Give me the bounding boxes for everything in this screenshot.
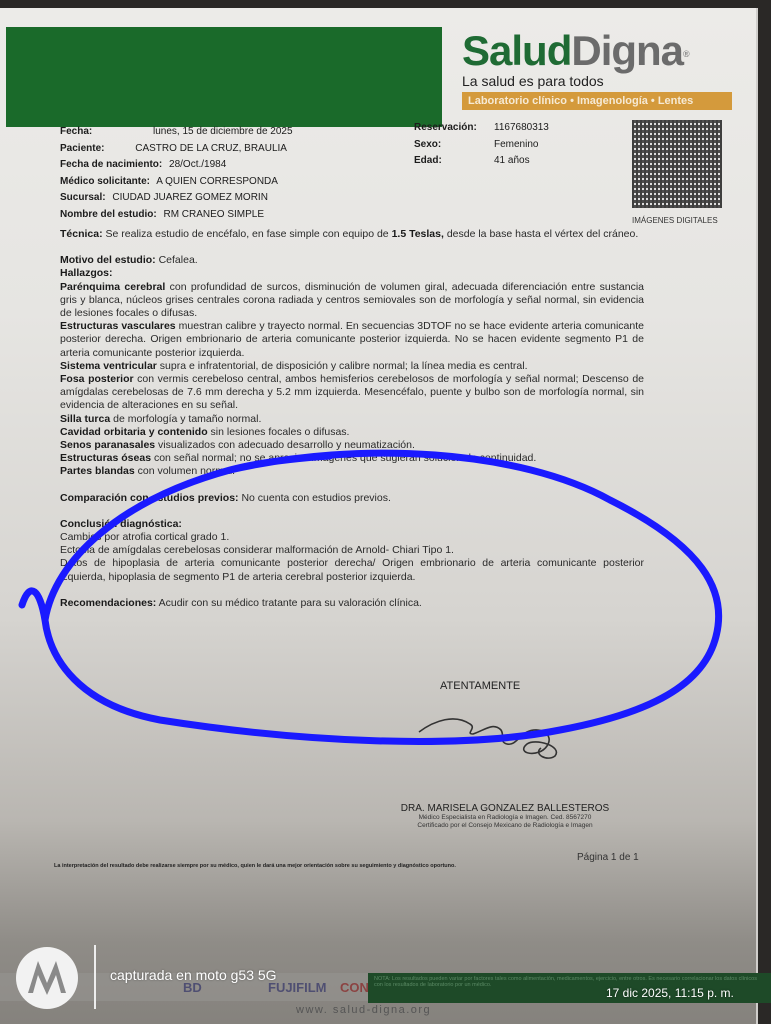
hallazgo-label: Sistema ventricular xyxy=(60,360,157,372)
left-row: Fecha: lunes, 15 de diciembre de 2025 xyxy=(60,126,293,143)
left-row: Fecha de nacimiento: 28/Oct./1984 xyxy=(60,159,293,176)
hallazgo-label: Partes blandas xyxy=(60,465,135,477)
left-label: Fecha de nacimiento: xyxy=(60,159,162,170)
tecnica-bold: 1.5 Teslas, xyxy=(392,228,444,240)
tecnica-text: Se realiza estudio de encéfalo, en fase … xyxy=(103,228,392,240)
qr-caption: IMÁGENES DIGITALES xyxy=(632,216,718,225)
left-value: A QUIEN CORRESPONDA xyxy=(156,176,278,187)
motivo-paragraph: Motivo del estudio: Cefalea. xyxy=(60,254,644,267)
hallazgo-label: Parénquima cerebral xyxy=(60,281,165,293)
left-row: Nombre del estudio: RM CRANEO SIMPLE xyxy=(60,209,293,226)
tecnica-label: Técnica: xyxy=(60,228,103,240)
hallazgo-text: de morfología y tamaño normal. xyxy=(110,413,261,425)
header-green-banner xyxy=(6,27,442,127)
brand-name-salud: Salud xyxy=(462,27,571,74)
motorola-logo xyxy=(16,947,78,1009)
doctor-certification: Certificado por el Consejo Mexicano de R… xyxy=(370,822,640,830)
signature-scribble xyxy=(415,712,575,762)
capture-timestamp: 17 dic 2025, 11:15 p. m. xyxy=(606,986,734,1000)
hallazgo-item: Estructuras óseas con señal normal; no s… xyxy=(60,452,644,465)
left-row: Médico solicitante: A QUIEN CORRESPONDA xyxy=(60,176,293,193)
logo-con: CON xyxy=(340,980,369,995)
hallazgo-label: Estructuras vasculares xyxy=(60,320,176,332)
hallazgo-label: Cavidad orbitaria y contenido xyxy=(60,426,208,438)
brand-services-band: Laboratorio clínico • Imagenología • Len… xyxy=(462,92,732,110)
left-label: Médico solicitante: xyxy=(60,176,150,187)
motivo-text: Cefalea. xyxy=(156,254,198,266)
left-value: lunes, 15 de diciembre de 2025 xyxy=(153,126,293,137)
motivo-label: Motivo del estudio: xyxy=(60,254,156,266)
right-value: Femenino xyxy=(494,139,538,150)
patient-info-left: Fecha: lunes, 15 de diciembre de 2025Pac… xyxy=(60,126,293,225)
recomendaciones-paragraph: Recomendaciones: Acudir con su médico tr… xyxy=(60,597,644,610)
left-row: Sucursal: CIUDAD JUAREZ GOMEZ MORIN xyxy=(60,192,293,209)
brand-name: SaludDigna® xyxy=(462,28,747,77)
brand-name-digna: Digna xyxy=(571,27,683,74)
hallazgo-text: sin lesiones focales o difusas. xyxy=(208,426,350,438)
hallazgo-item: Senos paranasales visualizados con adecu… xyxy=(60,439,644,452)
right-value: 41 años xyxy=(494,155,530,166)
tecnica-paragraph: Técnica: Se realiza estudio de encéfalo,… xyxy=(60,228,644,241)
hallazgo-item: Partes blandas con volumen normal. xyxy=(60,465,644,478)
doctor-block: DRA. MARISELA GONZALEZ BALLESTEROS Médic… xyxy=(370,803,640,830)
recomendaciones-label: Recomendaciones: xyxy=(60,597,156,609)
left-value: CIUDAD JUAREZ GOMEZ MORIN xyxy=(112,192,268,203)
hallazgos-list: Parénquima cerebral con profundidad de s… xyxy=(60,281,644,479)
hallazgo-text: visualizados con adecuado desarrollo y n… xyxy=(155,439,415,451)
hallazgo-item: Silla turca de morfología y tamaño norma… xyxy=(60,413,644,426)
hallazgo-text: supra e infratentorial, de disposición y… xyxy=(157,360,528,372)
closing-text: ATENTAMENTE xyxy=(440,680,520,692)
hallazgo-label: Silla turca xyxy=(60,413,110,425)
report-body: Técnica: Se realiza estudio de encéfalo,… xyxy=(60,228,644,610)
hallazgo-item: Estructuras vasculares muestran calibre … xyxy=(60,320,644,360)
conclusion-list: Cambios por atrofia cortical grado 1.Ect… xyxy=(60,531,644,584)
recomendaciones-text: Acudir con su médico tratante para su va… xyxy=(156,597,422,609)
hallazgo-item: Sistema ventricular supra e infratentori… xyxy=(60,360,644,373)
left-value: 28/Oct./1984 xyxy=(169,159,226,170)
qr-code[interactable] xyxy=(632,120,722,208)
left-value: RM CRANEO SIMPLE xyxy=(163,209,264,220)
conclusion-item: Datos de hipoplasia de arteria comunican… xyxy=(60,557,644,583)
website-link[interactable]: www. salud-digna.org xyxy=(296,1004,431,1016)
comparacion-text: No cuenta con estudios previos. xyxy=(239,492,391,504)
conclusion-item: Cambios por atrofia cortical grado 1. xyxy=(60,531,644,544)
right-label: Reservación: xyxy=(414,122,494,133)
left-label: Nombre del estudio: xyxy=(60,209,157,220)
hallazgo-label: Fosa posterior xyxy=(60,373,134,385)
conclusion-label: Conclusión diagnóstica: xyxy=(60,518,182,530)
right-label: Sexo: xyxy=(414,139,494,150)
motorola-m-icon xyxy=(16,947,78,1009)
hallazgo-text: con volumen normal. xyxy=(135,465,235,477)
hallazgo-item: Fosa posterior con vermis cerebeloso cen… xyxy=(60,373,644,413)
hallazgo-text: con vermis cerebeloso central, ambos hem… xyxy=(60,373,644,411)
left-label: Sucursal: xyxy=(60,192,106,203)
hallazgo-item: Cavidad orbitaria y contenido sin lesion… xyxy=(60,426,644,439)
doctor-name: DRA. MARISELA GONZALEZ BALLESTEROS xyxy=(370,803,640,814)
registered-mark: ® xyxy=(683,49,689,59)
comparacion-paragraph: Comparación con estudios previos: No cue… xyxy=(60,492,644,505)
footer-disclaimer: La interpretación del resultado debe rea… xyxy=(54,863,456,869)
salud-digna-logo: SaludDigna® La salud es para todos Labor… xyxy=(462,28,747,110)
left-row: Paciente: CASTRO DE LA CRUZ, BRAULIA xyxy=(60,143,293,160)
page-number: Página 1 de 1 xyxy=(577,852,639,863)
comparacion-label: Comparación con estudios previos: xyxy=(60,492,239,504)
hallazgo-label: Estructuras óseas xyxy=(60,452,151,464)
hallazgos-label: Hallazgos: xyxy=(60,267,113,279)
doctor-title: Médico Especialista en Radiología e Imag… xyxy=(370,814,640,822)
right-label: Edad: xyxy=(414,155,494,166)
hallazgo-label: Senos paranasales xyxy=(60,439,155,451)
right-value: 1167680313 xyxy=(494,122,549,133)
right-row: Edad:41 años xyxy=(414,155,549,172)
patient-info-right: Reservación:1167680313Sexo:FemeninoEdad:… xyxy=(414,122,549,172)
hallazgo-item: Parénquima cerebral con profundidad de s… xyxy=(60,281,644,321)
right-row: Reservación:1167680313 xyxy=(414,122,549,139)
watermark-divider xyxy=(94,945,96,1009)
left-label: Paciente: xyxy=(60,143,104,154)
camera-watermark: capturada en moto g53 5G xyxy=(110,967,277,983)
right-row: Sexo:Femenino xyxy=(414,139,549,156)
conclusion-item: Ectopia de amígdalas cerebelosas conside… xyxy=(60,544,644,557)
left-label: Fecha: xyxy=(60,126,92,137)
hallazgo-text: con señal normal; no se aprecian imágene… xyxy=(151,452,536,464)
left-value: CASTRO DE LA CRUZ, BRAULIA xyxy=(135,143,287,154)
tecnica-text-end: desde la base hasta el vértex del cráneo… xyxy=(444,228,638,240)
